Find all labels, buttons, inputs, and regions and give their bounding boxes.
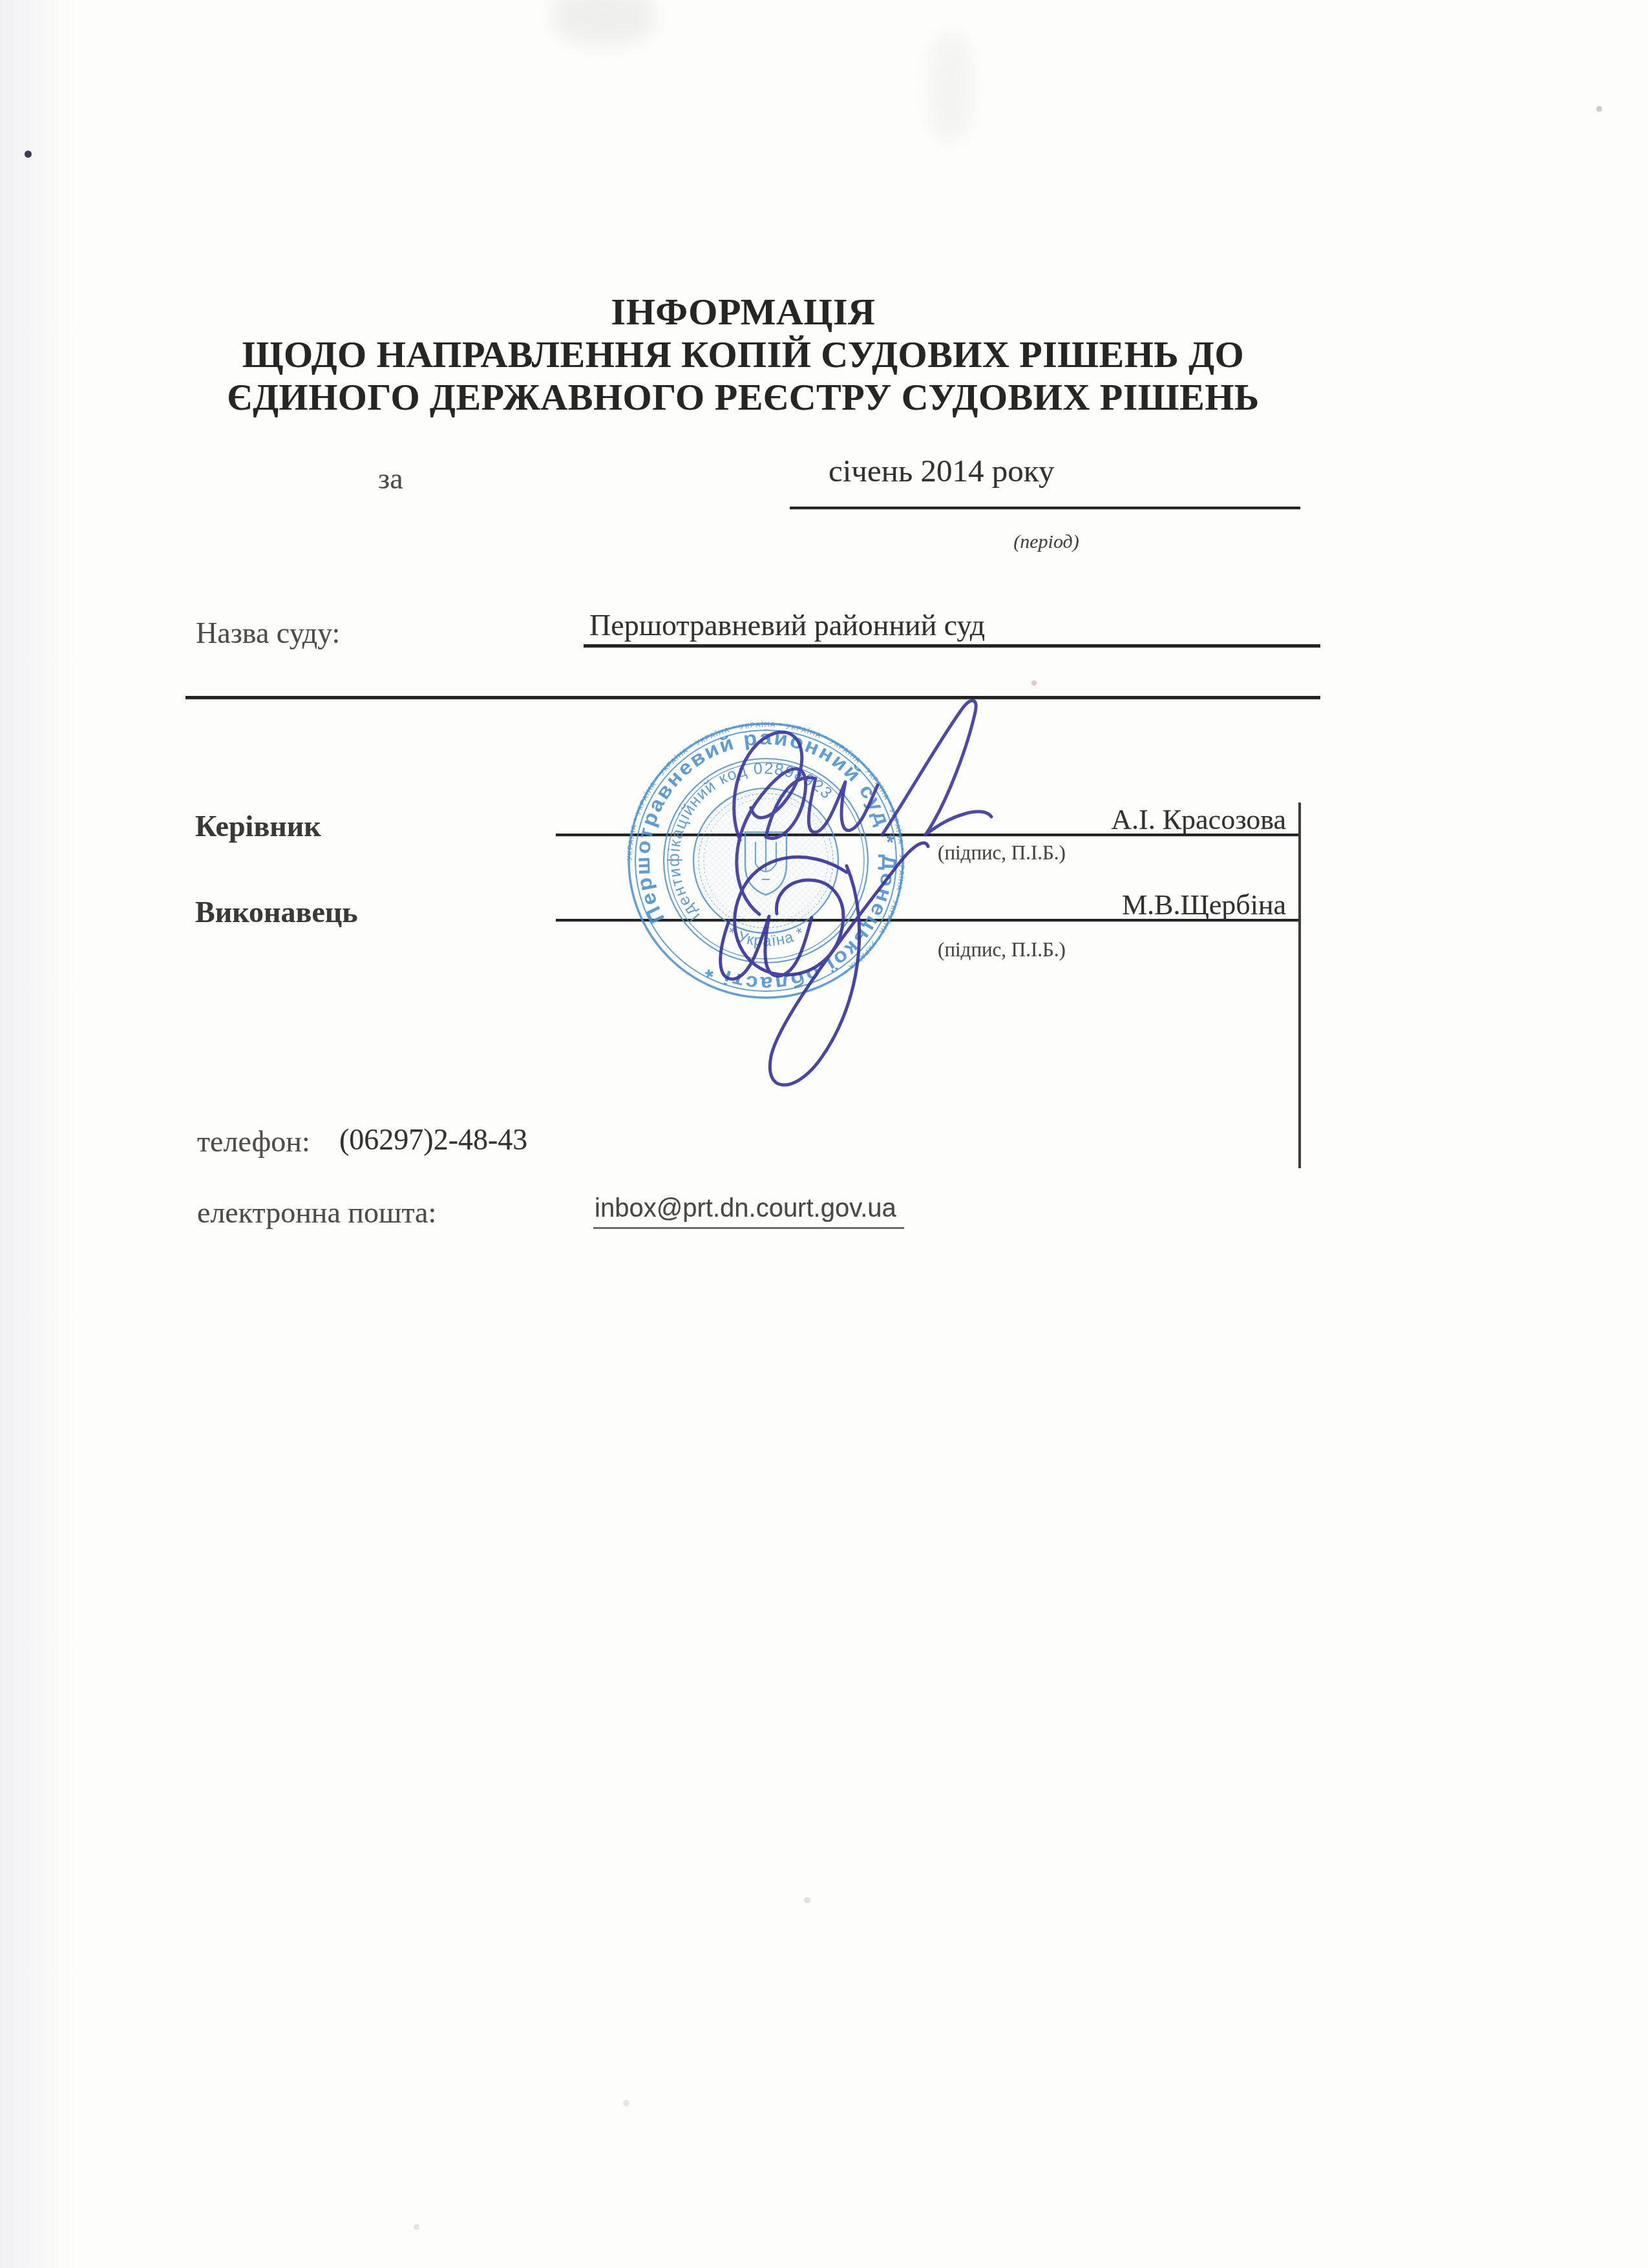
signature-kerivnyk [734, 700, 991, 914]
court-name-value: Першотравневий районний суд [589, 608, 985, 642]
scan-artifact [927, 32, 973, 142]
court-name-underline [584, 644, 1320, 647]
scan-artifact [553, 0, 656, 45]
title-line-2: ЩОДО НАПРАВЛЕННЯ КОПІЙ СУДОВИХ РІШЕНЬ ДО [178, 333, 1309, 376]
handwritten-signatures [633, 659, 1047, 1111]
signature-vykonavets [721, 843, 928, 1085]
scanner-edge-band [0, 0, 78, 2268]
period-value: січень 2014 року [829, 452, 1054, 489]
email-value: inbox@prt.dn.court.gov.ua [593, 1194, 904, 1229]
scan-artifact [414, 2224, 419, 2230]
period-prefix-label: за [378, 461, 403, 496]
phone-value: (06297)2-48-43 [339, 1122, 527, 1157]
right-margin-vertical-line [1298, 803, 1301, 1168]
signer-role-label: Керівник [195, 809, 321, 843]
court-name-label: Назва суду: [196, 616, 340, 650]
period-underline [790, 507, 1300, 509]
scanned-document-page: ІНФОРМАЦІЯ ЩОДО НАПРАВЛЕННЯ КОПІЙ СУДОВИ… [0, 0, 1648, 2268]
phone-label: телефон: [197, 1124, 310, 1159]
signer-role-label: Виконавець [195, 895, 358, 929]
email-label: електронна пошта: [197, 1195, 436, 1230]
scan-artifact [1596, 106, 1602, 112]
title-line-1: ІНФОРМАЦІЯ [178, 291, 1309, 333]
period-caption: (період) [966, 531, 1127, 553]
scan-artifact [804, 1897, 810, 1904]
document-title: ІНФОРМАЦІЯ ЩОДО НАПРАВЛЕННЯ КОПІЙ СУДОВИ… [178, 291, 1309, 419]
scan-artifact [25, 151, 32, 158]
title-line-3: ЄДИНОГО ДЕРЖАВНОГО РЕЄСТРУ СУДОВИХ РІШЕН… [178, 376, 1309, 419]
scan-artifact [623, 2100, 629, 2106]
